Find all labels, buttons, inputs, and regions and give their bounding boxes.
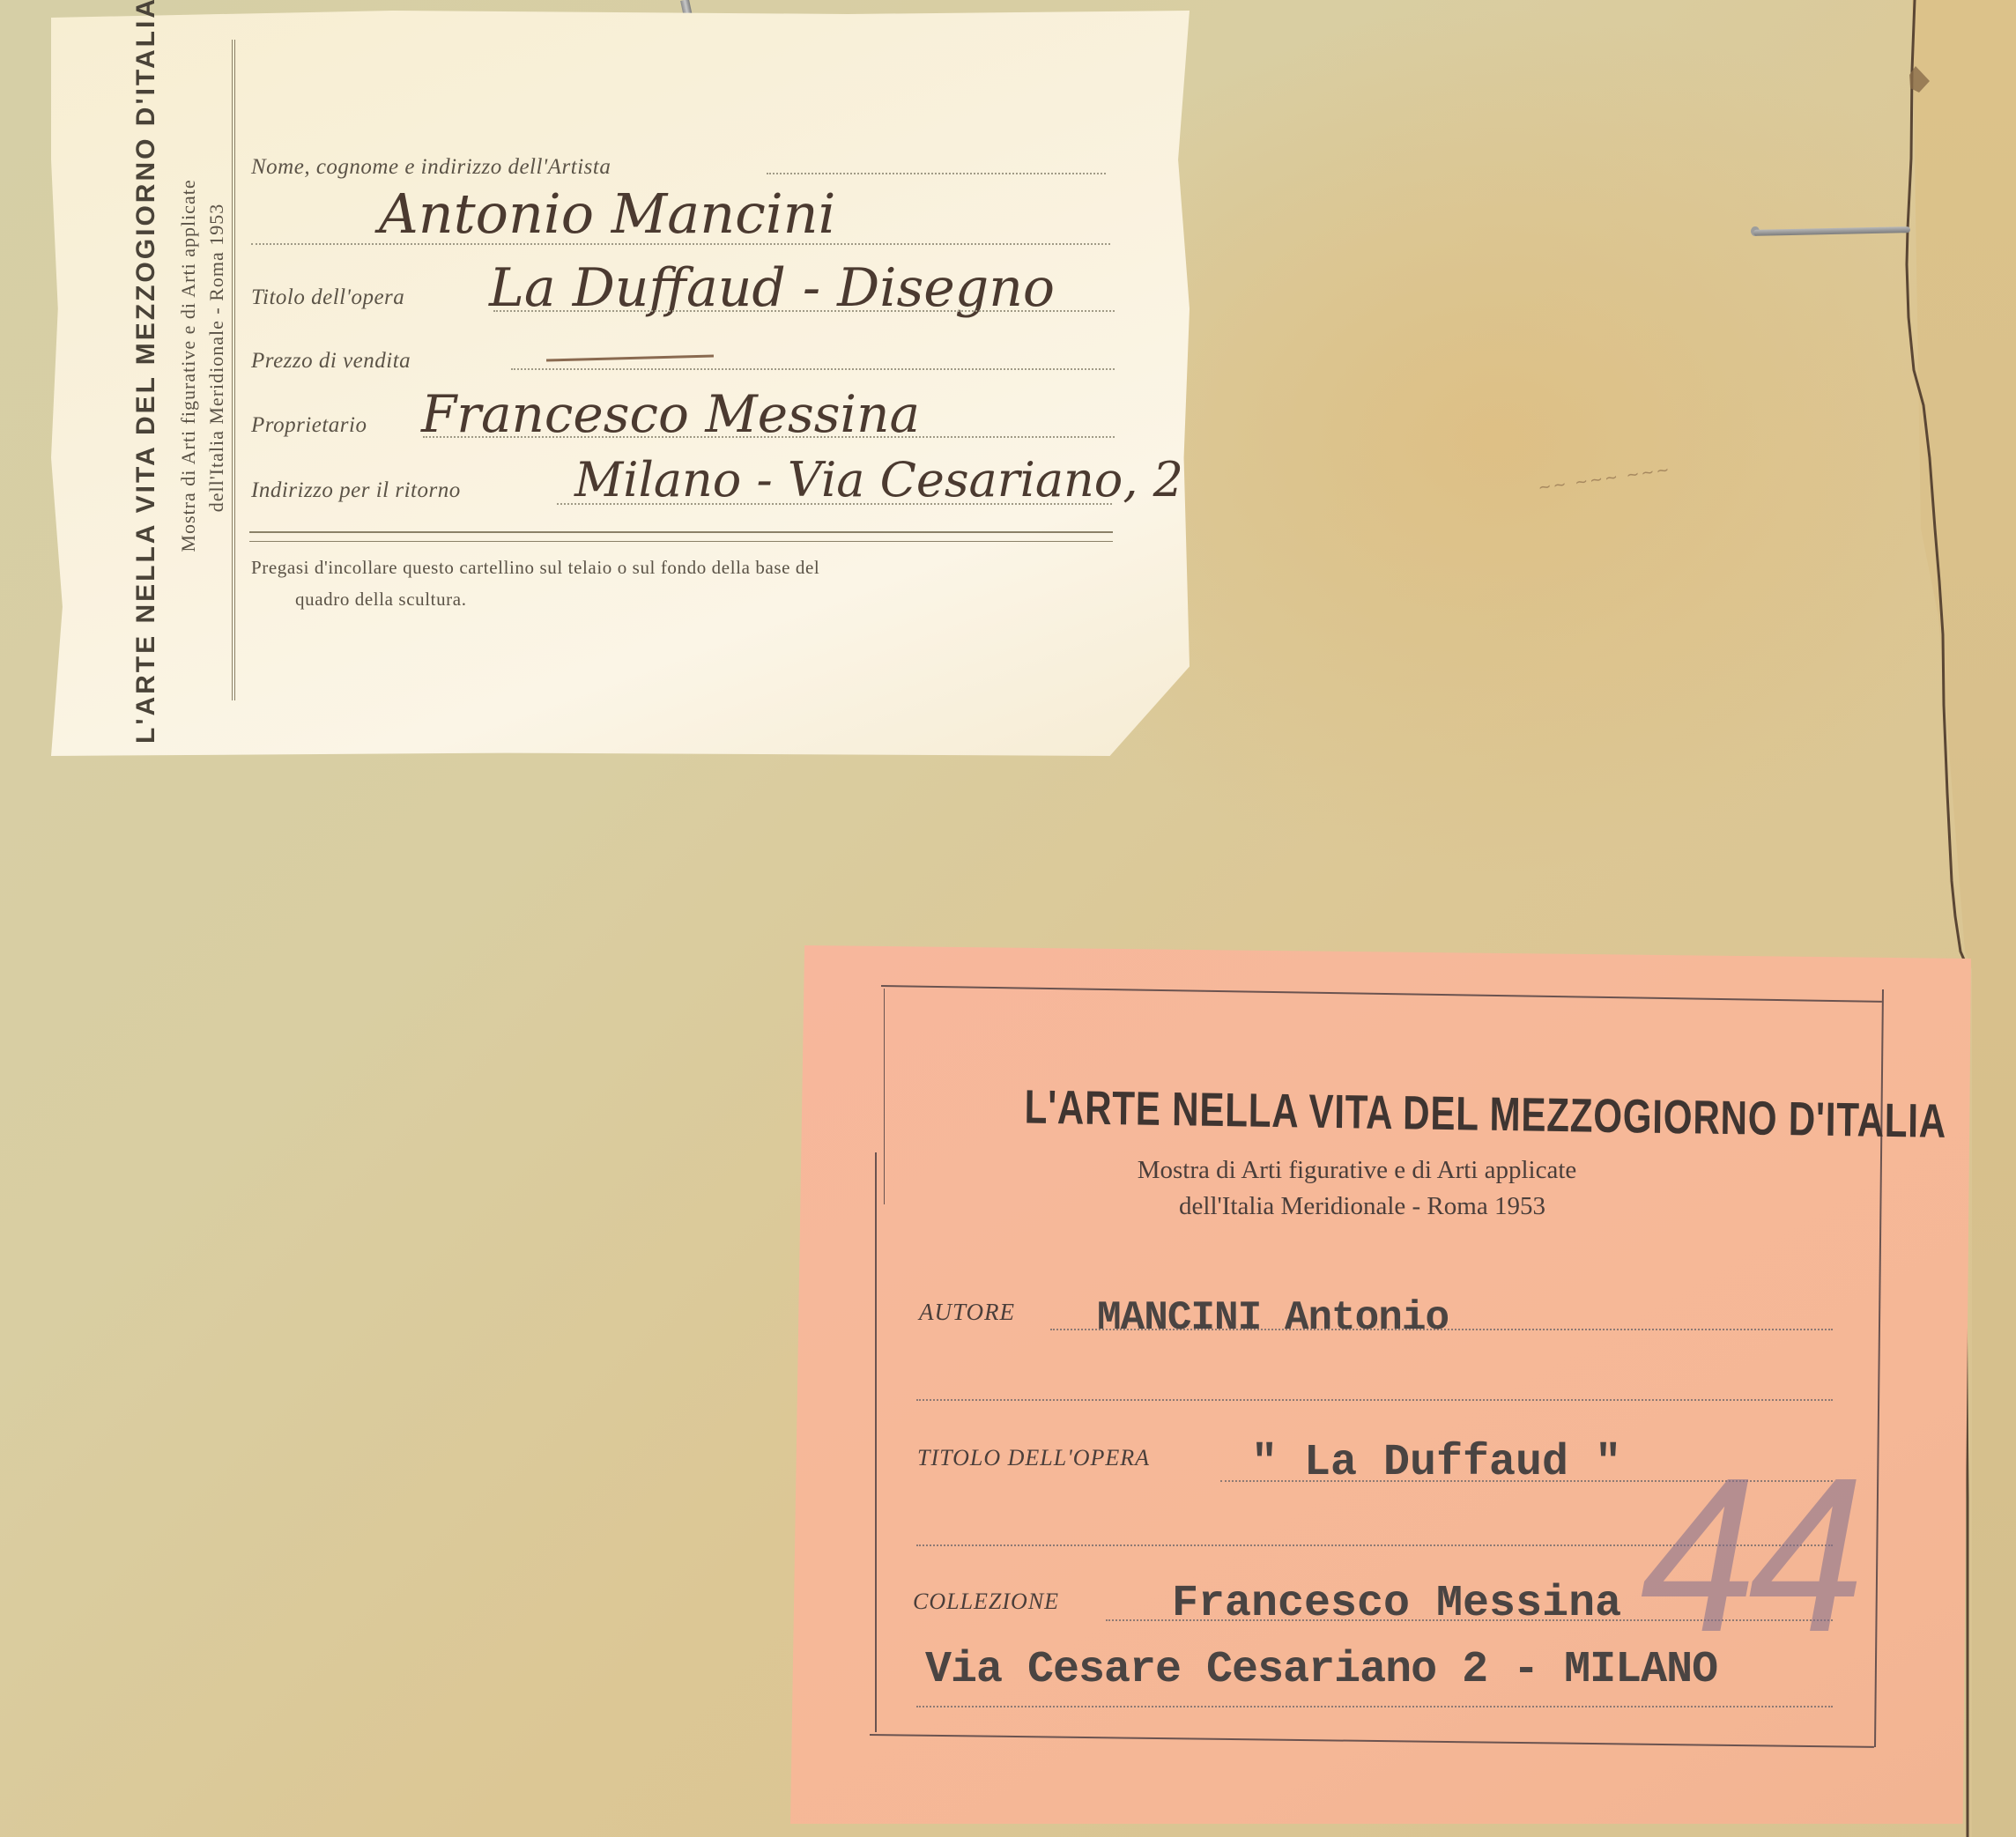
nail-right <box>1753 226 1910 236</box>
double-rule-bottom <box>249 541 1113 542</box>
typed-work-title: " La Duffaud " <box>1251 1438 1621 1488</box>
typed-author: MANCINI Antonio <box>1097 1295 1449 1341</box>
dotted-line <box>251 243 1110 245</box>
dotted-line <box>916 1399 1833 1401</box>
white-label-side-subtitle-1: Mostra di Arti figurative e di Arti appl… <box>177 179 200 552</box>
dotted-line <box>423 436 1115 438</box>
double-rule-top <box>249 531 1113 533</box>
field-label-owner: Proprietario <box>251 413 367 438</box>
pink-label-frame-left <box>884 989 885 1204</box>
field-label-author: AUTORE <box>919 1299 1015 1326</box>
white-label-side-subtitle-2: dell'Italia Meridionale - Roma 1953 <box>205 204 228 513</box>
white-label-instructions-line2: quadro della scultura. <box>295 589 467 611</box>
field-label-work-title: TITOLO DELL'OPERA <box>917 1445 1150 1471</box>
field-label-collection: COLLEZIONE <box>913 1589 1059 1615</box>
white-label-vertical-divider <box>232 40 235 700</box>
typed-collection-address: Via Cesare Cesariano 2 - MILANO <box>925 1645 1717 1695</box>
white-label-side-title: L'ARTE NELLA VITA DEL MEZZOGIORNO D'ITAL… <box>131 0 161 744</box>
pink-label-subtitle-2: dell'Italia Meridionale - Roma 1953 <box>922 1192 1803 1221</box>
handwritten-owner: Francesco Messina <box>421 384 920 444</box>
dotted-line <box>493 310 1115 312</box>
pink-label-subtitle-1: Mostra di Arti figurative e di Arti appl… <box>916 1156 1797 1185</box>
field-label-price: Prezzo di vendita <box>251 349 411 374</box>
dotted-line <box>767 173 1106 174</box>
pink-label-title: L'ARTE NELLA VITA DEL MEZZOGIORNO D'ITAL… <box>1024 1080 1753 1146</box>
handwritten-artist-name: Antonio Mancini <box>379 181 835 246</box>
handwritten-return-address: Milano - Via Cesariano, 2 <box>574 452 1183 507</box>
dotted-line <box>916 1706 1833 1707</box>
dotted-line <box>511 368 1115 370</box>
pink-label-frame-left <box>875 1152 877 1732</box>
white-label-instructions-line1: Pregasi d'incollare questo cartellino su… <box>251 557 819 579</box>
pencil-mark: ~~ ~~~ ~~~ <box>1537 461 1672 498</box>
field-label-return-address: Indirizzo per il ritorno <box>251 478 461 503</box>
field-label-artist: Nome, cognome e indirizzo dell'Artista <box>251 155 611 180</box>
field-label-title: Titolo dell'opera <box>251 285 404 310</box>
dotted-line <box>557 503 1112 505</box>
inventory-number-stamp: 44 <box>1640 1445 1856 1665</box>
typed-collection: Francesco Messina <box>1172 1579 1621 1629</box>
